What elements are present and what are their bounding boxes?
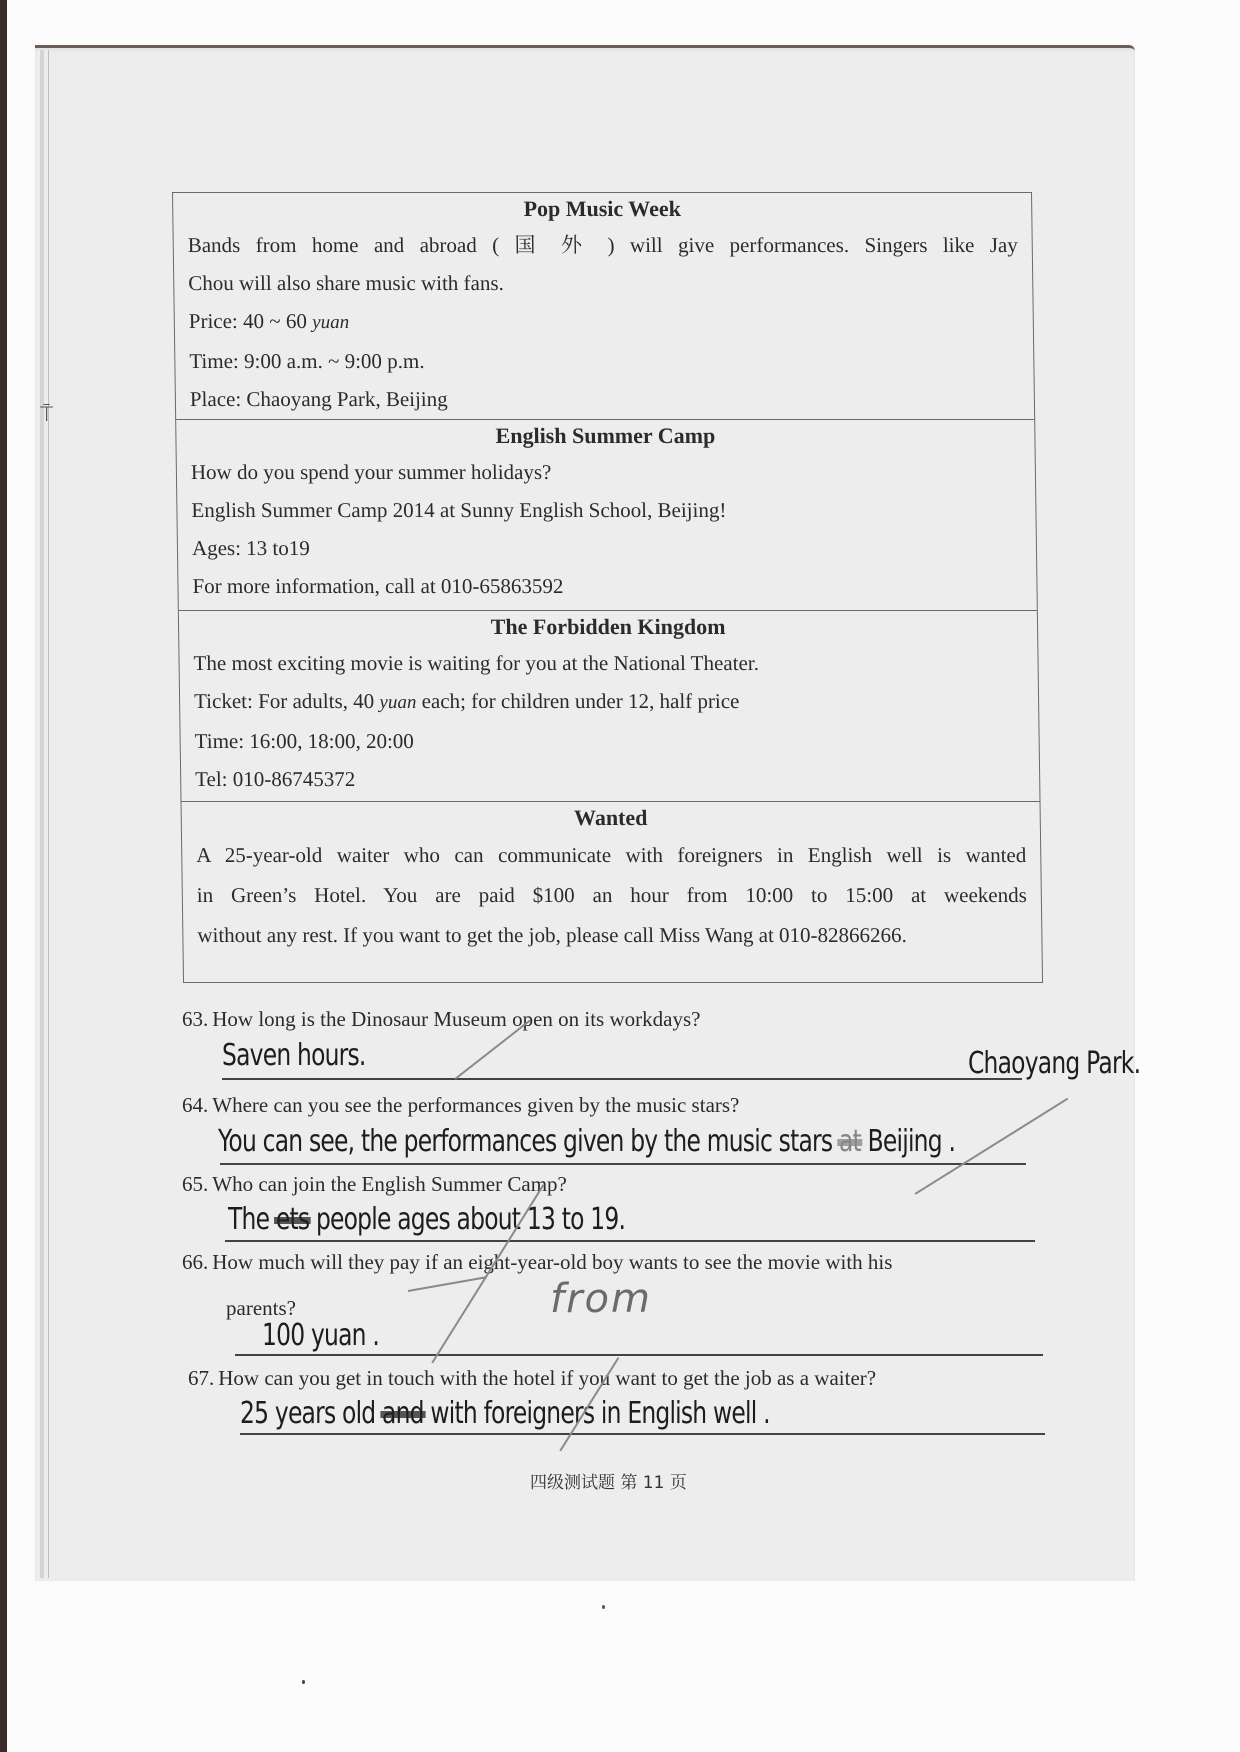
answer-line [220, 1163, 1026, 1165]
scan-speck [602, 1605, 605, 1609]
notice-line: in Green’s Hotel. You are paid $100 an h… [197, 875, 1028, 915]
answer-66: 100 yuan . [262, 1318, 379, 1353]
notice-line: Time: 16:00, 18:00, 20:00 [194, 722, 1025, 760]
notice-line: The most exciting movie is waiting for y… [193, 644, 1024, 682]
notice-title: Wanted [196, 802, 1026, 835]
answer-line [235, 1354, 1043, 1356]
answer-64: You can see, the performances given by t… [218, 1124, 955, 1159]
question-63: 63.How long is the Dinosaur Museum open … [182, 1007, 700, 1032]
binding-line [48, 50, 49, 1578]
staple-mark: ⍑ [40, 402, 53, 427]
answer-line [240, 1433, 1045, 1435]
page-footer: 四级测试题 第 11 页 [530, 1468, 687, 1493]
correction-64: Chaoyang Park. [968, 1046, 1140, 1081]
notice-line: Bands from home and abroad ( 国 外 ) will … [187, 226, 1018, 264]
notice-line: Time: 9:00 a.m. ~ 9:00 p.m. [189, 342, 1020, 380]
notice-line: Chou will also share music with fans. [188, 264, 1019, 302]
question-67: 67.How can you get in touch with the hot… [188, 1366, 876, 1391]
notice-title: English Summer Camp [190, 420, 1020, 453]
binding-shadow [40, 50, 44, 1578]
answer-65: The ets people ages about 13 to 19. [228, 1202, 625, 1237]
notice-line: without any rest. If you want to get the… [197, 915, 1028, 955]
notice-title: Pop Music Week [187, 193, 1017, 226]
notice-pop-music-week: Pop Music Week Bands from home and abroa… [173, 193, 1034, 419]
answer-63: Saven hours. [222, 1038, 366, 1073]
scan-speck [302, 1680, 305, 1684]
scan-edge [0, 0, 7, 1752]
notice-line: For more information, call at 010-658635… [192, 567, 1023, 605]
question-64: 64.Where can you see the performances gi… [182, 1093, 739, 1118]
notice-english-summer-camp: English Summer Camp How do you spend you… [176, 419, 1037, 610]
notice-title: The Forbidden Kingdom [193, 611, 1023, 644]
notice-forbidden-kingdom: The Forbidden Kingdom The most exciting … [179, 610, 1040, 801]
answer-line [222, 1078, 1022, 1080]
notice-line: Price: 40 ~ 60 yuan [189, 302, 1020, 342]
notice-line: English Summer Camp 2014 at Sunny Englis… [191, 491, 1022, 529]
notice-line: Ticket: For adults, 40 yuan each; for ch… [194, 682, 1025, 722]
question-66: 66.How much will they pay if an eight-ye… [182, 1250, 892, 1275]
question-65: 65.Who can join the English Summer Camp? [182, 1172, 567, 1197]
answer-67: 25 years old and with foreigners in Engl… [240, 1396, 770, 1431]
notice-line: A 25-year-old waiter who can communicate… [196, 835, 1027, 875]
pencil-correction-66: from [550, 1276, 652, 1322]
notice-wanted: Wanted A 25-year-old waiter who can comm… [182, 801, 1043, 982]
answer-line [225, 1240, 1035, 1242]
notice-line: Ages: 13 to19 [192, 529, 1023, 567]
notice-table: Pop Music Week Bands from home and abroa… [172, 192, 1043, 983]
notice-line: Place: Chaoyang Park, Beijing [190, 380, 1021, 418]
notice-line: How do you spend your summer holidays? [191, 453, 1022, 491]
notice-line: Tel: 010-86745372 [195, 760, 1026, 798]
